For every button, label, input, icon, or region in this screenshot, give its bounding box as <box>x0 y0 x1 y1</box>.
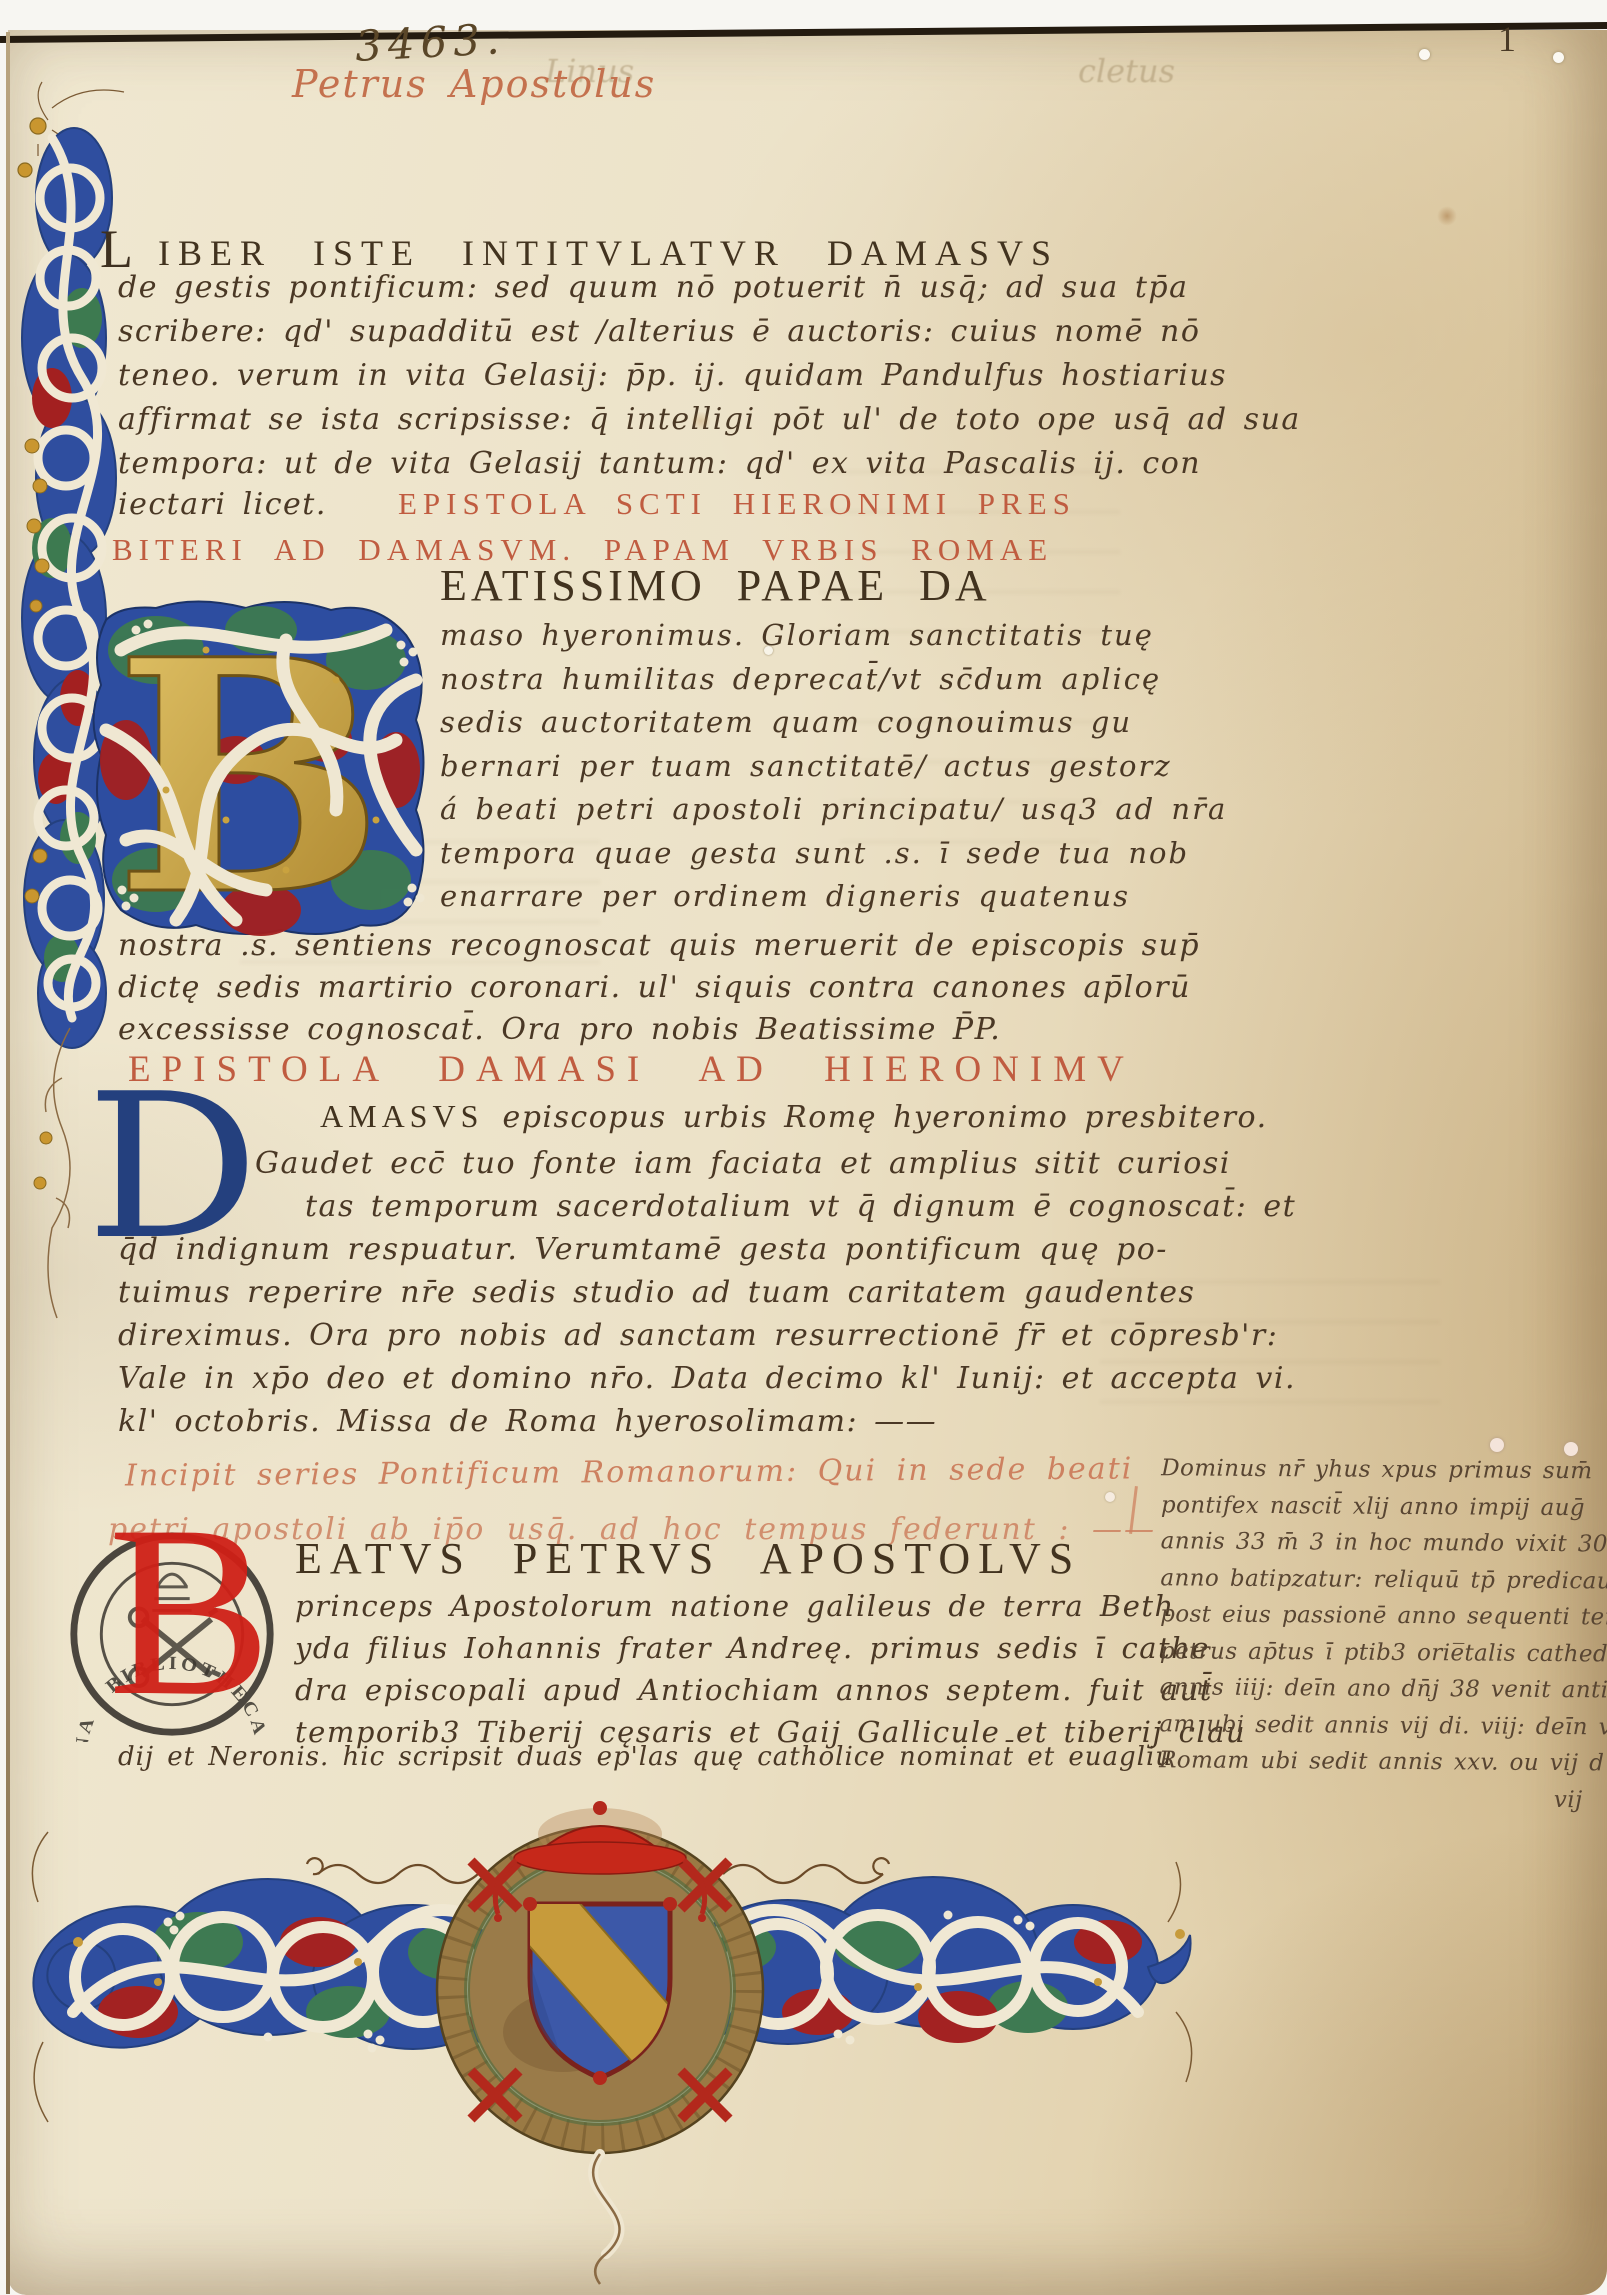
paragraph-lines: Gaudet ecc̄ tuo fonte iam faciata et amp… <box>118 1142 1296 1443</box>
worm-hole <box>1553 52 1564 63</box>
text-line: annis iiij: deīn ano dn̄j 38 venit antio <box>1159 1669 1607 1709</box>
text-line: anno batipzatur: reliquū tp̄ predicau <box>1160 1560 1607 1600</box>
illuminated-initial-b: B <box>86 590 438 952</box>
pen-flourish <box>593 2154 619 2284</box>
text-line: teneo. verum in vita Gelasij: p̄p. ij. q… <box>118 354 1301 398</box>
text-line: post eius passionē anno sequenti tenuit <box>1160 1596 1607 1636</box>
text-line: Gaudet ecc̄ tuo fonte iam faciata et amp… <box>255 1142 1296 1185</box>
caps-word: AMASVS <box>320 1098 483 1134</box>
text-line: tempora quae gesta sunt .s. ī sede tua n… <box>440 832 1227 876</box>
text-line: maso hyeronimus. Gloriam sanctitatis tuę <box>440 614 1227 658</box>
text-line: de gestis pontificum: sed quum nō potuer… <box>118 266 1301 310</box>
title-annotation: Petrus Apostolus <box>292 62 656 106</box>
marginal-note: Dominus nr̄ yhus xpus primus sum̄pontife… <box>1159 1450 1607 1818</box>
paragraph-lines: de gestis pontificum: sed quum nō potuer… <box>118 266 1301 486</box>
text-line: Dominus nr̄ yhus xpus primus sum̄ <box>1161 1450 1607 1490</box>
rubric-line: EPISTOLA DAMASI AD HIERONIMV <box>128 1048 1135 1091</box>
paragraph-lines: maso hyeronimus. Gloriam sanctitatis tuę… <box>440 614 1227 919</box>
text-line: Romam ubi sedit annis xxv. ou vij d <box>1159 1742 1607 1782</box>
worm-hole <box>764 646 773 655</box>
paragraph-lines: nostra .s. sentiens recognoscat quis mer… <box>118 925 1200 1051</box>
worm-hole <box>1419 49 1430 60</box>
text-line: scribere: qd' supadditū est /alterius ē … <box>118 310 1301 354</box>
text-line: pontifex nascit̄ xlij anno impij auḡ <box>1161 1487 1607 1527</box>
text-line: yda filius Iohannis frater Andreę. primu… <box>295 1627 1246 1669</box>
mixed-line: iectari licet. EPISTOLA SCTI HIERONIMI P… <box>118 486 1076 522</box>
stain <box>690 412 712 430</box>
text-line: nostra humilitas deprecat̄/vt sc̄dum apl… <box>440 658 1227 702</box>
text-line: á beati petri apostoli principatu/ usq3 … <box>440 788 1227 832</box>
text-line: excessisse cognoscat̄. Ora pro nobis Bea… <box>118 1009 1200 1051</box>
rubric-line: Incipit series Pontificum Romanorum: Qui… <box>125 1451 1134 1493</box>
section-caps-line: EATISSIMO PAPAE DA <box>440 560 991 611</box>
text-line: dictę sedis martirio coronari. ul' siqui… <box>118 967 1200 1009</box>
paragraph-lines: princeps Apostolorum natione galileus de… <box>295 1585 1246 1753</box>
text-line: princeps Apostolorum natione galileus de… <box>295 1585 1246 1627</box>
text-line: dij et Neronis. hic scripsit duas ep'las… <box>118 1742 1173 1772</box>
mixed-line: AMASVS episcopus urbis Romę hyeronimo pr… <box>320 1098 1268 1135</box>
text-line: annis 33 m̄ 3 in hoc mundo vixit 30 <box>1161 1523 1607 1563</box>
text-line: kl' octobris. Missa de Roma hyerosolimam… <box>118 1400 1296 1443</box>
worm-hole <box>1564 1442 1578 1456</box>
ghost-text: cletus <box>1078 52 1175 90</box>
text-line: dra episcopali apud Antiochiam annos sep… <box>295 1669 1246 1711</box>
page-left-edge <box>6 32 10 2294</box>
text-line: bernari per tuam sanctitatē/ actus gesto… <box>440 745 1227 789</box>
text-line: petrus ap̄tus ī ptib3 orie̅talis cathedr… <box>1160 1633 1607 1673</box>
text-line: am ubi sedit annis vij di. viij: deīn ve… <box>1159 1706 1607 1746</box>
text-line: enarrare per ordinem digneris quatenus <box>440 875 1227 919</box>
text-line: tuimus reperire nr̄e sedis studio ad tua… <box>118 1271 1296 1314</box>
text-line: q̄d indignum respuatur. Verumtamē gesta … <box>118 1228 1296 1271</box>
bottom-border-illumination <box>18 1782 1193 2287</box>
line-fragment: iectari licet. <box>118 487 327 522</box>
text-line: Vale in xp̄o deo et domino nr̄o. Data de… <box>118 1357 1296 1400</box>
worm-hole <box>1105 1492 1115 1502</box>
pen-flourish <box>45 1028 70 1318</box>
line-fragment: episcopus urbis Romę hyeronimo presbiter… <box>502 1100 1267 1135</box>
initial-b-red: B <box>108 1508 271 1713</box>
folio-number: 1 <box>1498 18 1516 60</box>
text-line: vij <box>1554 1782 1607 1819</box>
text-line: tas temporum sacerdotalium vt q̄ dignum … <box>305 1185 1296 1228</box>
text-line: sedis auctoritatem quam cognouimus gu <box>440 701 1227 745</box>
section-caps-line: EATVS PETRVS APOSTOLVS <box>295 1533 1081 1584</box>
worm-hole <box>1490 1438 1504 1452</box>
text-line: nostra .s. sentiens recognoscat quis mer… <box>118 925 1200 967</box>
stain <box>1437 206 1457 226</box>
text-line: tempora: ut de vita Gelasij tantum: qd' … <box>118 442 1301 486</box>
manuscript-scan: Linus cletus 3463. Petrus Apostolus 1 <box>0 0 1607 2295</box>
rubric-inline: EPISTOLA SCTI HIERONIMI PRES <box>398 486 1076 521</box>
text-line: direximus. Ora pro nobis ad sanctam resu… <box>118 1314 1296 1357</box>
